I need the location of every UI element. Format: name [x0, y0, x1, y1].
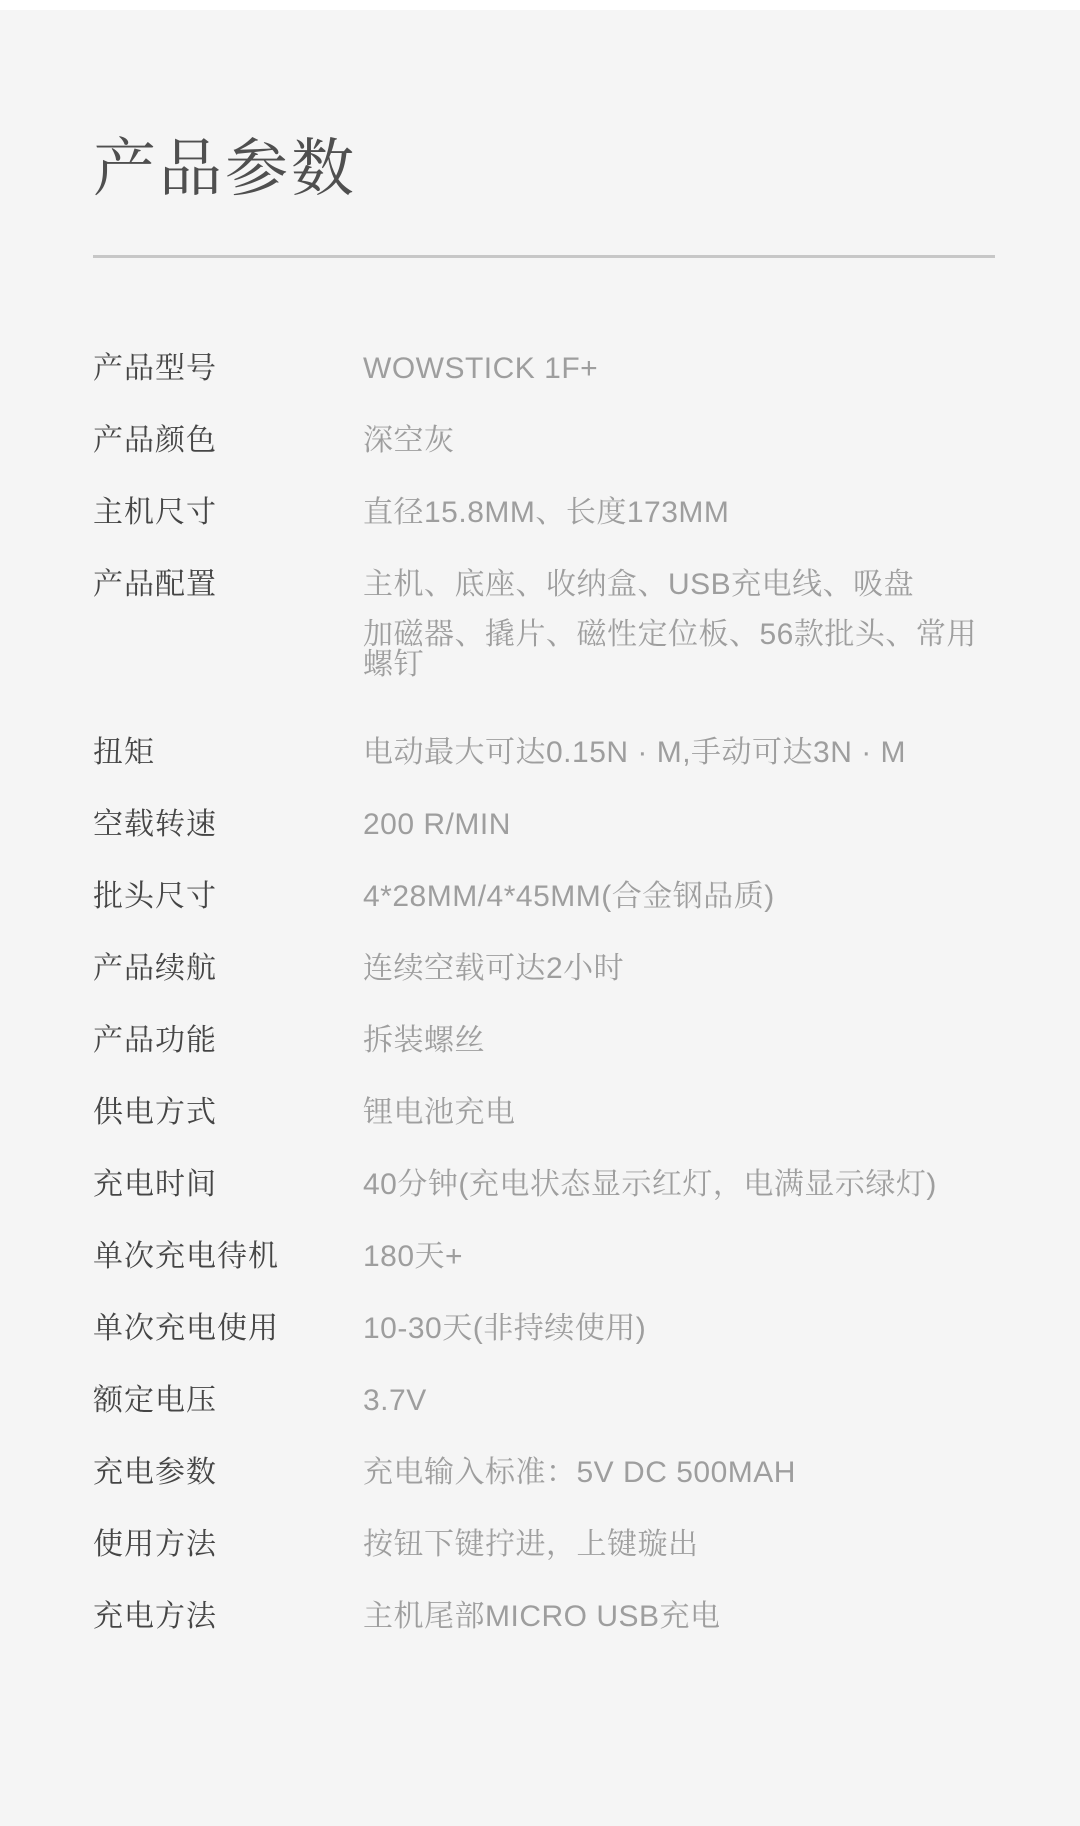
spec-value: 充电输入标准：5V DC 500MAH: [363, 1458, 796, 1488]
spec-row: 充电时间 40分钟(充电状态显示红灯，电满显示绿灯): [93, 1170, 995, 1200]
spec-row: 产品续航 连续空载可达2小时: [93, 954, 995, 984]
spec-value: 深空灰: [363, 426, 455, 456]
spec-value-line: 加磁器、撬片、磁性定位板、56款批头、常用螺钉: [363, 620, 995, 680]
spec-label: 单次充电使用: [93, 1314, 363, 1344]
spec-value: 10-30天(非持续使用): [363, 1314, 646, 1344]
spec-value: 40分钟(充电状态显示红灯，电满显示绿灯): [363, 1170, 937, 1200]
spec-value-line: 按钮下键拧进，上键璇出: [363, 1530, 699, 1560]
spec-label: 扭矩: [93, 738, 363, 768]
spec-value: 主机尾部MICRO USB充电: [363, 1602, 721, 1632]
spec-row: 主机尺寸 直径15.8MM、长度173MM: [93, 498, 995, 528]
spec-value-line: 40分钟(充电状态显示红灯，电满显示绿灯): [363, 1170, 937, 1200]
spec-label: 产品功能: [93, 1026, 363, 1056]
spec-label: 供电方式: [93, 1098, 363, 1128]
spec-row: 产品型号 WOWSTICK 1F+: [93, 354, 995, 384]
spec-value-line: 4*28MM/4*45MM(合金钢品质): [363, 882, 775, 912]
spec-value-line: 主机尾部MICRO USB充电: [363, 1602, 721, 1632]
spec-value-line: 电动最大可达0.15N · M,手动可达3N · M: [363, 738, 906, 768]
spec-content: 产品参数 产品型号 WOWSTICK 1F+ 产品颜色 深空灰 主机尺寸 直径1…: [0, 10, 1080, 1632]
spec-value-line: 连续空载可达2小时: [363, 954, 624, 984]
spec-label: 充电时间: [93, 1170, 363, 1200]
spec-label: 产品型号: [93, 354, 363, 384]
spec-row: 产品配置 主机、底座、收纳盒、USB充电线、吸盘加磁器、撬片、磁性定位板、56款…: [93, 570, 995, 680]
spec-table: 产品型号 WOWSTICK 1F+ 产品颜色 深空灰 主机尺寸 直径15.8MM…: [93, 354, 995, 1632]
spec-value: 锂电池充电: [363, 1098, 516, 1128]
spec-row: 空载转速 200 R/MIN: [93, 810, 995, 840]
spec-value: 3.7V: [363, 1386, 427, 1416]
spec-label: 使用方法: [93, 1530, 363, 1560]
spec-label: 主机尺寸: [93, 498, 363, 528]
spec-label: 空载转速: [93, 810, 363, 840]
page-title: 产品参数: [93, 137, 995, 201]
spec-value: WOWSTICK 1F+: [363, 354, 598, 384]
spec-value-line: 200 R/MIN: [363, 810, 511, 840]
spec-label: 产品续航: [93, 954, 363, 984]
spec-value-line: 锂电池充电: [363, 1098, 516, 1128]
spec-row: 扭矩 电动最大可达0.15N · M,手动可达3N · M: [93, 738, 995, 768]
spec-label: 批头尺寸: [93, 882, 363, 912]
spec-value: 180天+: [363, 1242, 463, 1272]
spec-value-line: WOWSTICK 1F+: [363, 354, 598, 384]
spec-row: 充电参数 充电输入标准：5V DC 500MAH: [93, 1458, 995, 1488]
spec-row: 供电方式 锂电池充电: [93, 1098, 995, 1128]
spec-label: 单次充电待机: [93, 1242, 363, 1272]
spec-value: 200 R/MIN: [363, 810, 511, 840]
spec-value-line: 充电输入标准：5V DC 500MAH: [363, 1458, 796, 1488]
title-divider: [93, 255, 995, 258]
spec-row: 产品颜色 深空灰: [93, 426, 995, 456]
spec-value: 4*28MM/4*45MM(合金钢品质): [363, 882, 775, 912]
spec-sheet: 产品参数 产品型号 WOWSTICK 1F+ 产品颜色 深空灰 主机尺寸 直径1…: [0, 10, 1080, 1826]
spec-label: 充电参数: [93, 1458, 363, 1488]
spec-value: 直径15.8MM、长度173MM: [363, 498, 729, 528]
spec-row: 产品功能 拆装螺丝: [93, 1026, 995, 1056]
spec-value: 按钮下键拧进，上键璇出: [363, 1530, 699, 1560]
spec-value: 连续空载可达2小时: [363, 954, 624, 984]
spec-value-line: 拆装螺丝: [363, 1026, 485, 1056]
spec-value-line: 直径15.8MM、长度173MM: [363, 498, 729, 528]
spec-value-line: 10-30天(非持续使用): [363, 1314, 646, 1344]
spec-row: 单次充电待机 180天+: [93, 1242, 995, 1272]
spec-value-line: 180天+: [363, 1242, 463, 1272]
spec-label: 额定电压: [93, 1386, 363, 1416]
spec-value-line: 3.7V: [363, 1386, 427, 1416]
spec-value: 主机、底座、收纳盒、USB充电线、吸盘加磁器、撬片、磁性定位板、56款批头、常用…: [363, 570, 995, 680]
spec-label: 产品颜色: [93, 426, 363, 456]
spec-value: 拆装螺丝: [363, 1026, 485, 1056]
spec-label: 产品配置: [93, 570, 363, 600]
spec-value-line: 主机、底座、收纳盒、USB充电线、吸盘: [363, 570, 995, 600]
spec-value-line: 深空灰: [363, 426, 455, 456]
spec-value: 电动最大可达0.15N · M,手动可达3N · M: [363, 738, 906, 768]
spec-label: 充电方法: [93, 1602, 363, 1632]
spec-row: 使用方法 按钮下键拧进，上键璇出: [93, 1530, 995, 1560]
spec-row: 额定电压 3.7V: [93, 1386, 995, 1416]
spec-row: 充电方法 主机尾部MICRO USB充电: [93, 1602, 995, 1632]
spec-row: 批头尺寸 4*28MM/4*45MM(合金钢品质): [93, 882, 995, 912]
spec-row: 单次充电使用 10-30天(非持续使用): [93, 1314, 995, 1344]
